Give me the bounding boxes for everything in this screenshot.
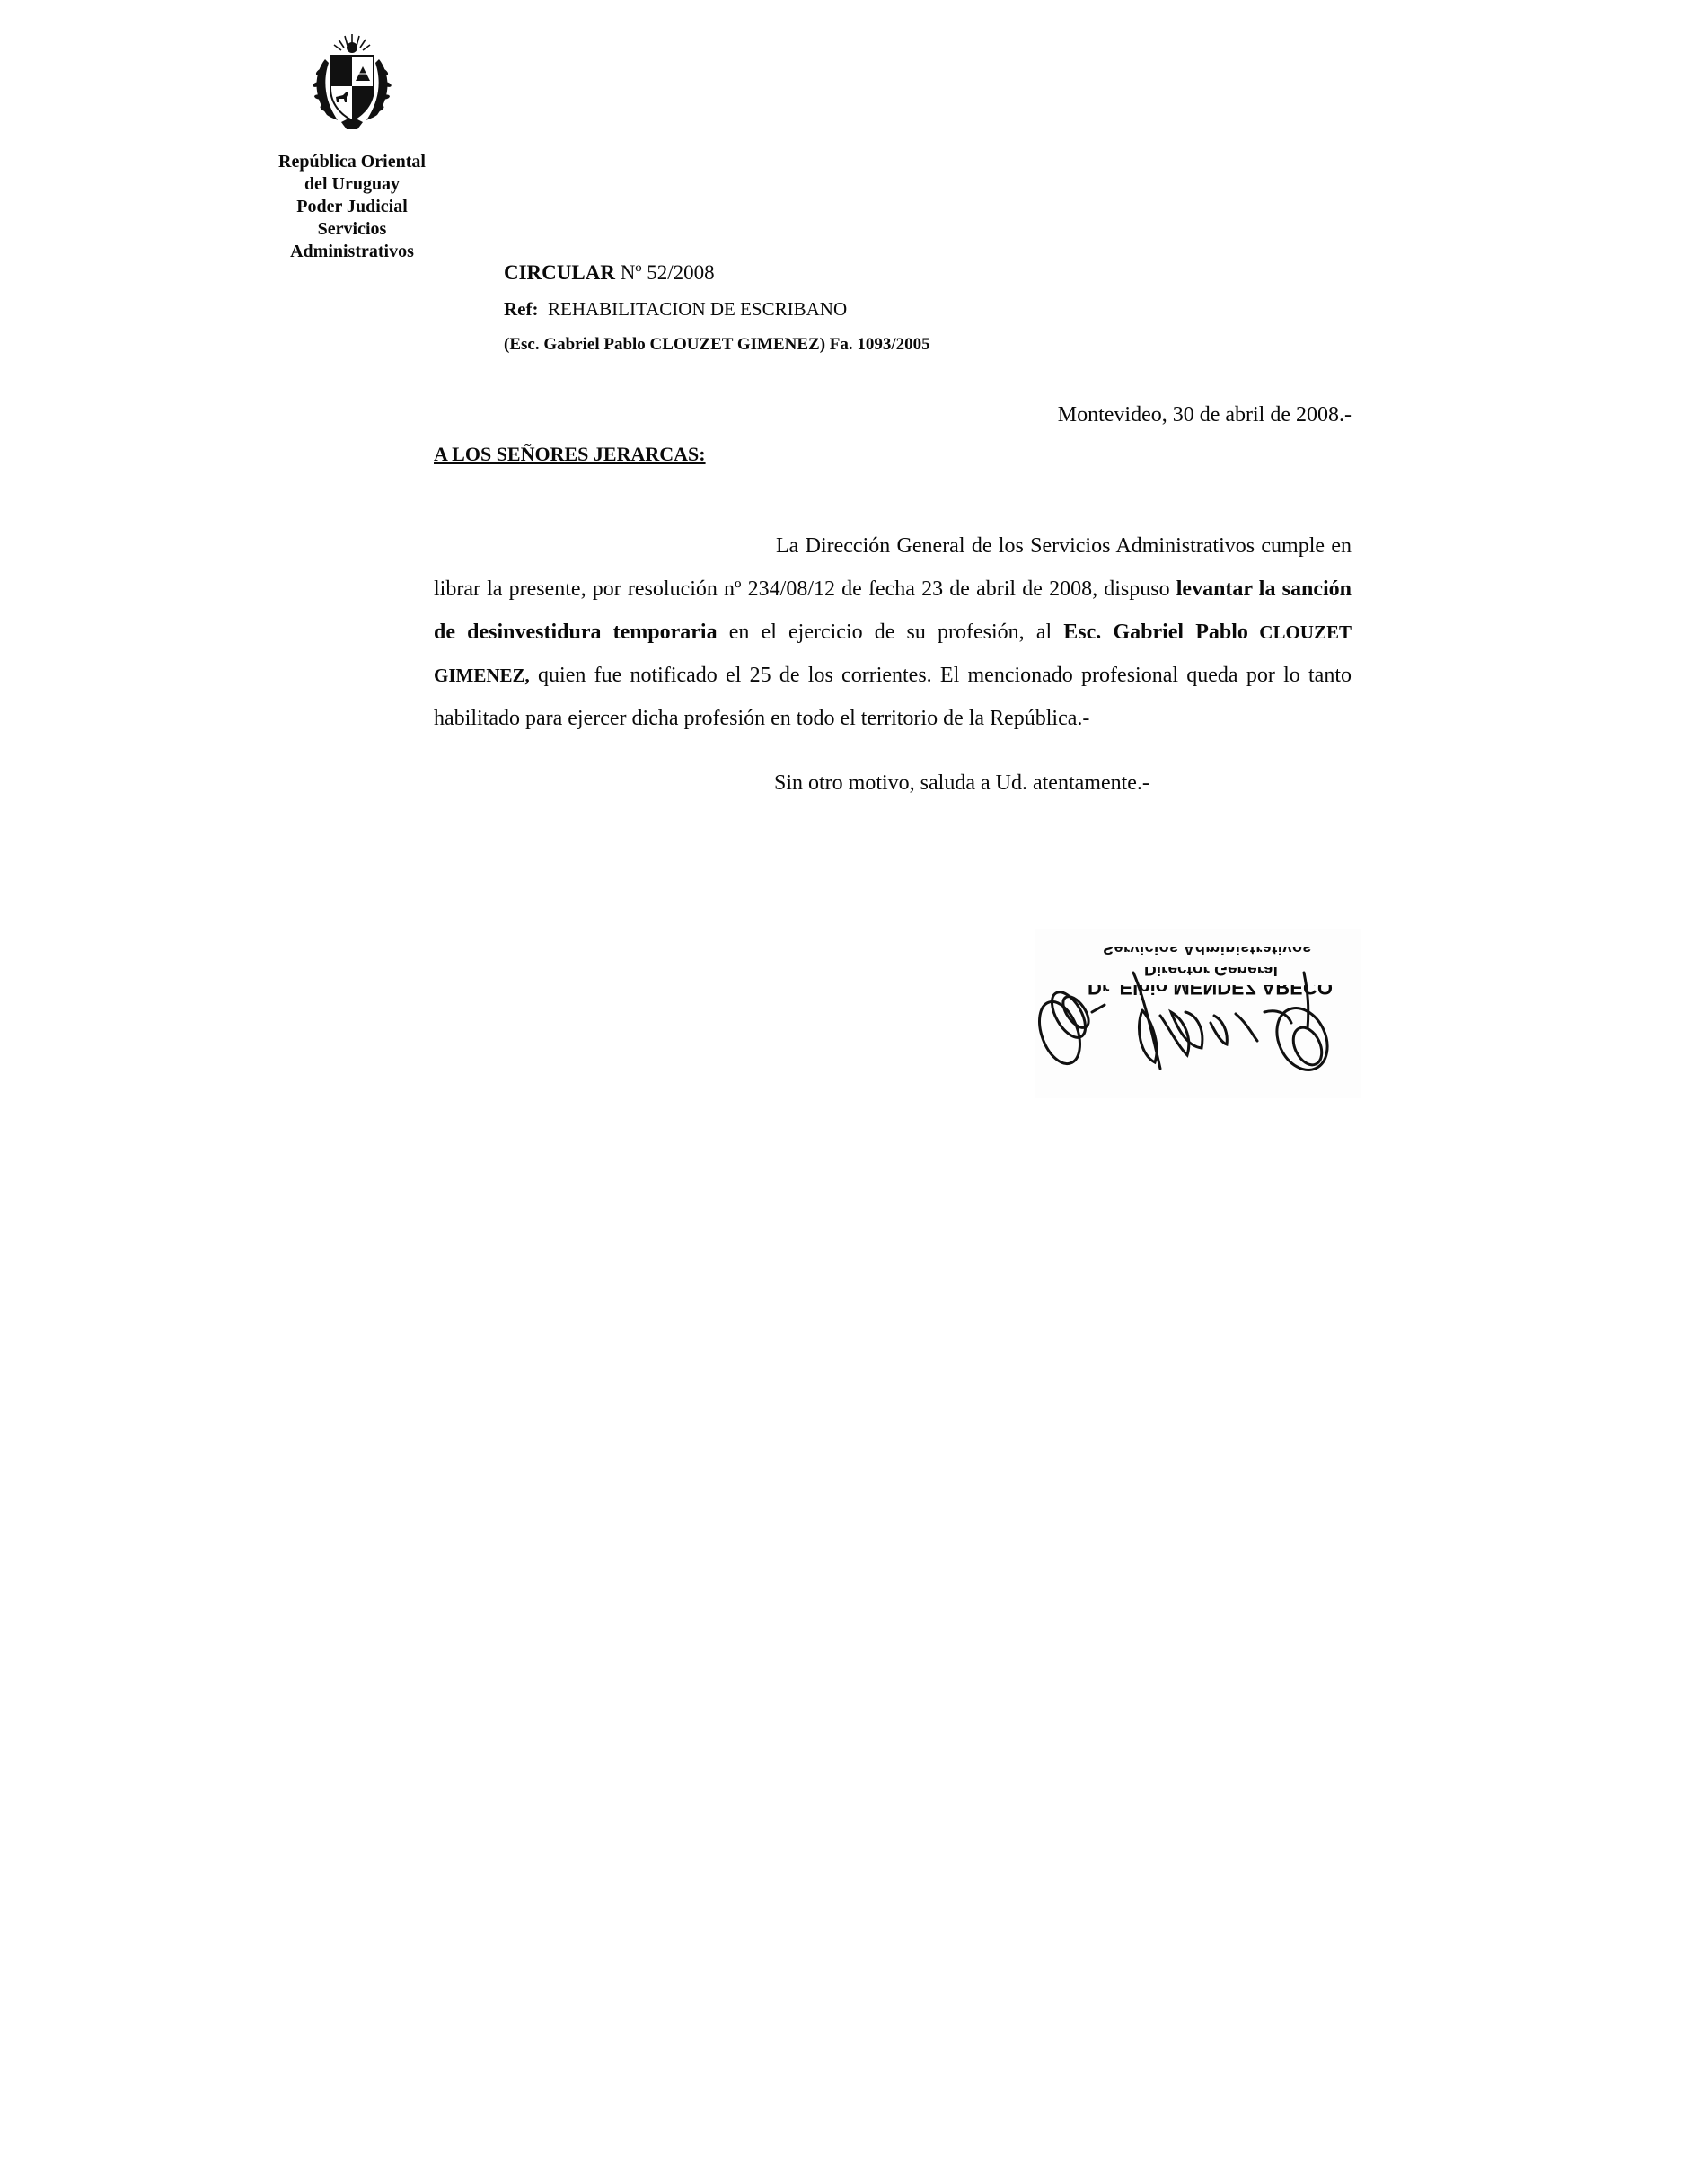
circular-label: CIRCULAR bbox=[504, 261, 615, 284]
letterhead-line-office: Servicios bbox=[253, 218, 451, 241]
place-date: Montevideo, 30 de abril de 2008.- bbox=[434, 395, 1352, 435]
file-reference: (Esc. Gabriel Pablo CLOUZET GIMENEZ) Fa.… bbox=[504, 327, 930, 363]
closing: Sin otro motivo, saluda a Ud. atentament… bbox=[434, 762, 1352, 805]
circular-number: Nº 52/2008 bbox=[621, 261, 715, 284]
handwritten-signature-icon bbox=[1035, 929, 1361, 1098]
letterhead-line-country-2: del Uruguay bbox=[253, 173, 451, 196]
letterhead-line-country: República Oriental bbox=[253, 151, 451, 173]
uruguay-coat-of-arms-icon bbox=[307, 32, 397, 133]
ref-subject: REHABILITACION DE ESCRIBANO bbox=[548, 298, 847, 320]
body-paragraph: La Dirección General de los Servicios Ad… bbox=[434, 524, 1352, 740]
signature-stamp: Servicios Administrativos Director Gener… bbox=[1035, 929, 1361, 1098]
letterhead-line-branch: Poder Judicial bbox=[253, 196, 451, 218]
letterhead-line-office-2: Administrativos bbox=[253, 241, 451, 263]
body-text-3: quien fue notificado el 25 de los corrie… bbox=[434, 664, 1352, 730]
body-text-2: en el ejercicio de su profesión, al bbox=[718, 621, 1064, 644]
circular-reference: Ref: REHABILITACION DE ESCRIBANO bbox=[504, 291, 930, 327]
circular-header: CIRCULAR Nº 52/2008 Ref: REHABILITACION … bbox=[504, 255, 930, 363]
ref-label: Ref: bbox=[504, 298, 538, 320]
circular-title: CIRCULAR Nº 52/2008 bbox=[504, 255, 930, 291]
body-emphasis-name: Esc. Gabriel Pablo bbox=[1063, 621, 1248, 644]
letter-content: Montevideo, 30 de abril de 2008.- A LOS … bbox=[434, 395, 1352, 805]
letterhead: República Oriental del Uruguay Poder Jud… bbox=[253, 32, 451, 263]
salutation: A LOS SEÑORES JERARCAS: bbox=[434, 435, 1352, 474]
